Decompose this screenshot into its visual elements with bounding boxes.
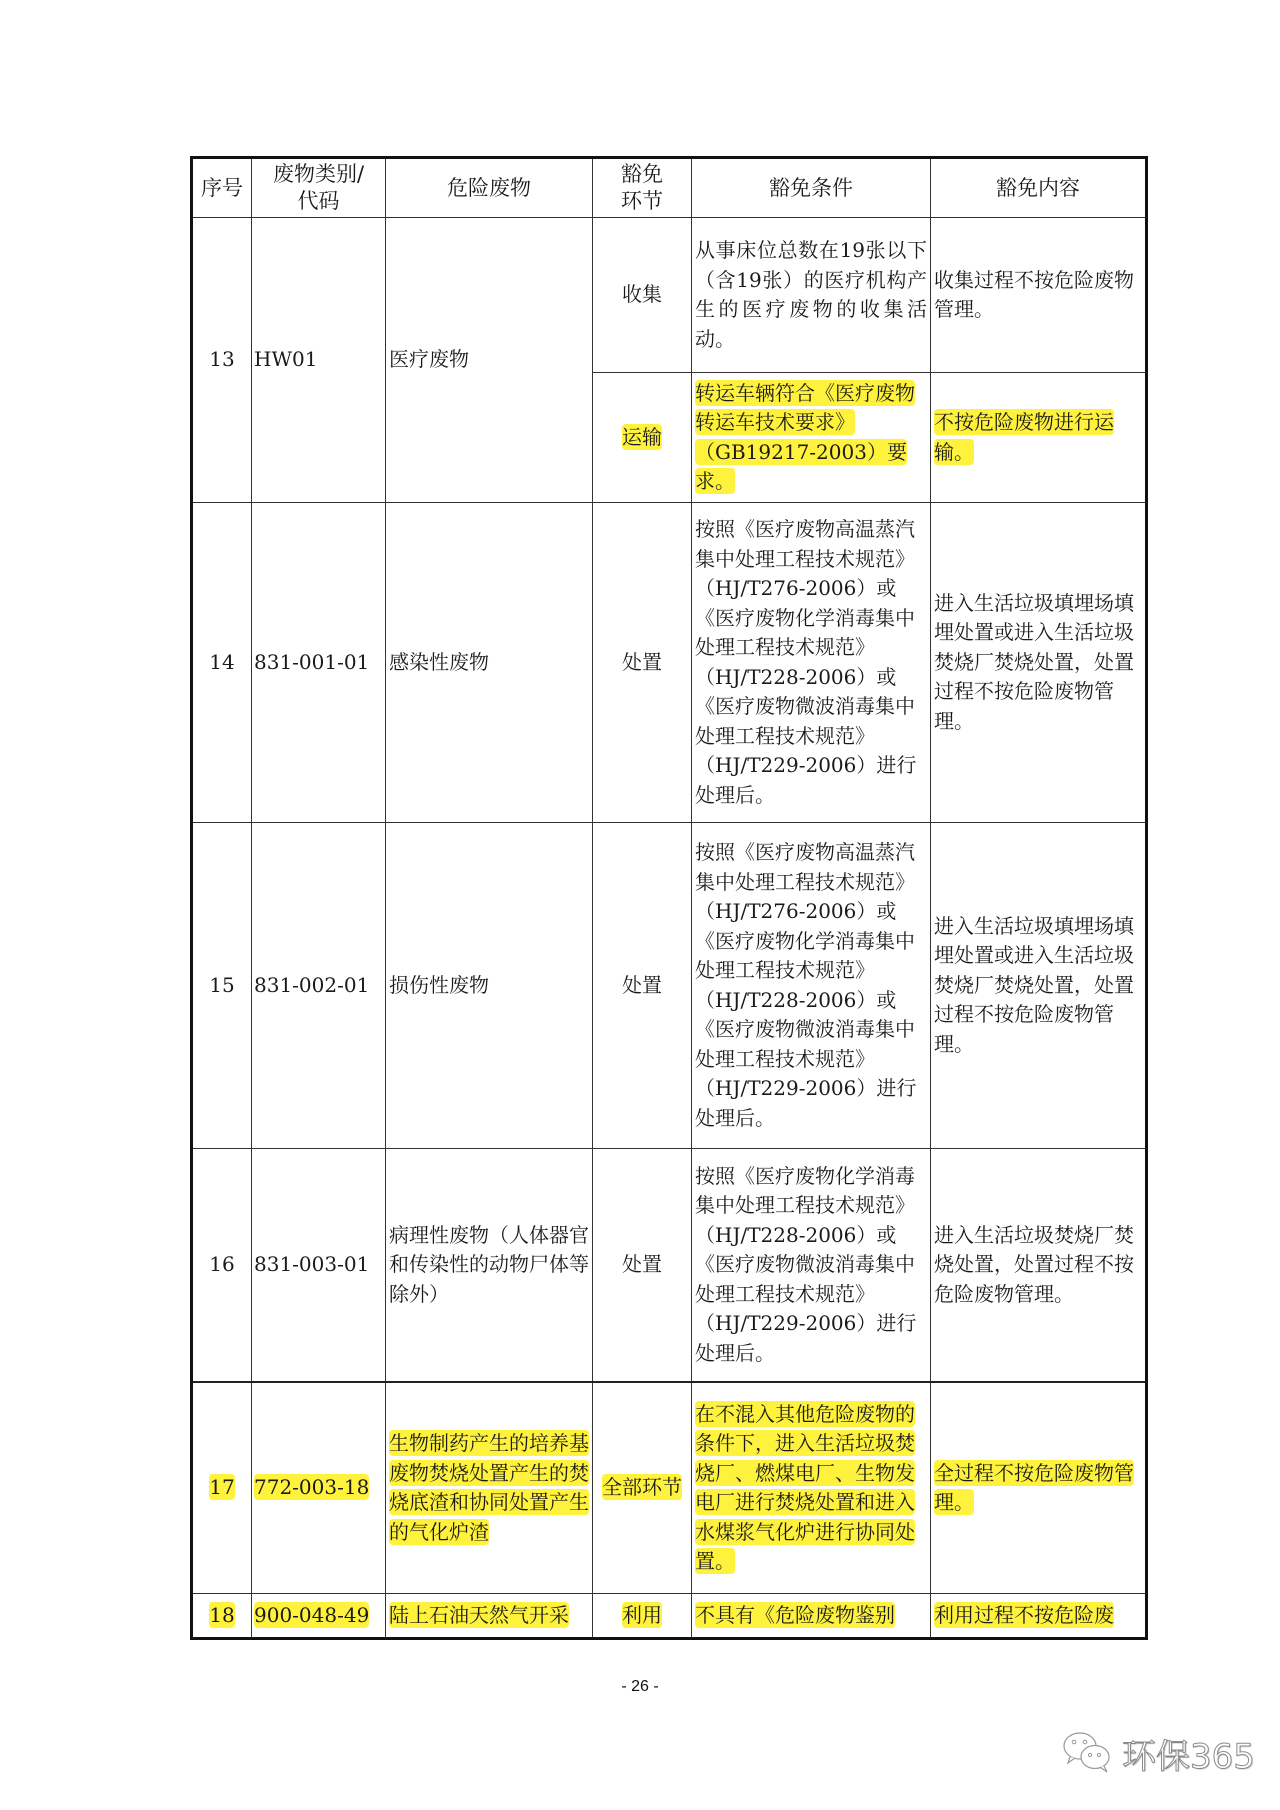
document-page: 序号 废物类别/代码 危险废物 豁免环节 豁免条件 豁免内容 13 HW01 医… xyxy=(0,0,1280,1810)
row14-code: 831-001-01 xyxy=(252,503,385,822)
row14-waste: 感染性废物 xyxy=(386,503,592,822)
condition-value: 转运车辆符合《医疗废物转运车技术要求》（GB19217-2003）要求。 xyxy=(695,380,915,495)
header-category-label: 废物类别/代码 xyxy=(269,161,369,215)
row16-condition: 按照《医疗废物化学消毒集中处理工程技术规范》（HJ/T228-2006）或《医疗… xyxy=(692,1149,930,1381)
waste-value: 陆上石油天然气开采 xyxy=(389,1602,569,1628)
header-category: 废物类别/代码 xyxy=(252,159,385,217)
stage-value: 处置 xyxy=(622,1250,662,1280)
exemption-table: 序号 废物类别/代码 危险废物 豁免环节 豁免条件 豁免内容 13 HW01 医… xyxy=(190,156,1148,1640)
row13b-condition: 转运车辆符合《医疗废物转运车技术要求》（GB19217-2003）要求。 xyxy=(692,373,930,502)
header-stage: 豁免环节 xyxy=(593,159,691,217)
row16-content: 进入生活垃圾焚烧厂焚烧处置，处置过程不按危险废物管理。 xyxy=(931,1149,1145,1381)
row15-seq: 15 xyxy=(193,823,251,1148)
code-value: 772-003-18 xyxy=(254,1474,369,1500)
row15-waste: 损伤性废物 xyxy=(386,823,592,1148)
waste-value: 损伤性废物 xyxy=(389,971,589,1001)
header-waste-label: 危险废物 xyxy=(447,175,531,202)
header-condition: 豁免条件 xyxy=(692,159,930,217)
stage-value: 收集 xyxy=(622,280,662,310)
stage-value: 全部环节 xyxy=(602,1474,682,1500)
row18-seq: 18 xyxy=(193,1594,251,1638)
content-value: 进入生活垃圾填埋场填埋处置或进入生活垃圾焚烧厂焚烧处置，处置过程不按危险废物管理… xyxy=(934,589,1142,737)
condition-value: 按照《医疗废物高温蒸汽集中处理工程技术规范》（HJ/T276-2006）或《医疗… xyxy=(695,838,927,1133)
content-value: 不按危险废物进行运输。 xyxy=(934,409,1114,465)
seq-value: 17 xyxy=(209,1474,234,1500)
condition-value: 按照《医疗废物高温蒸汽集中处理工程技术规范》（HJ/T276-2006）或《医疗… xyxy=(695,515,927,810)
row14-seq: 14 xyxy=(193,503,251,822)
row18-waste: 陆上石油天然气开采 xyxy=(386,1594,592,1638)
waste-value: 生物制药产生的培养基废物焚烧处置产生的焚烧底渣和协同处置产生的气化炉渣 xyxy=(389,1430,589,1545)
row13a-content: 收集过程不按危险废物管理。 xyxy=(931,218,1145,372)
row17-seq: 17 xyxy=(193,1383,251,1593)
row17-code: 772-003-18 xyxy=(252,1383,385,1593)
row18-code: 900-048-49 xyxy=(252,1594,385,1638)
waste-value: 病理性废物（人体器官和传染性的动物尸体等除外） xyxy=(389,1221,589,1310)
row17-waste: 生物制药产生的培养基废物焚烧处置产生的焚烧底渣和协同处置产生的气化炉渣 xyxy=(386,1383,592,1593)
row13b-content: 不按危险废物进行运输。 xyxy=(931,373,1145,502)
waste-value: 感染性废物 xyxy=(389,648,589,678)
code-value: HW01 xyxy=(254,345,382,375)
row13-code: HW01 xyxy=(252,218,385,502)
row16-waste: 病理性废物（人体器官和传染性的动物尸体等除外） xyxy=(386,1149,592,1381)
row15-code: 831-002-01 xyxy=(252,823,385,1148)
row13-waste: 医疗废物 xyxy=(386,218,592,502)
row13b-stage: 运输 xyxy=(593,373,691,502)
content-value: 收集过程不按危险废物管理。 xyxy=(934,266,1142,325)
header-waste: 危险废物 xyxy=(386,159,592,217)
content-value: 利用过程不按危险废 xyxy=(934,1602,1114,1628)
row14-content: 进入生活垃圾填埋场填埋处置或进入生活垃圾焚烧厂焚烧处置，处置过程不按危险废物管理… xyxy=(931,503,1145,822)
row18-condition: 不具有《危险废物鉴别 xyxy=(692,1594,930,1638)
row15-stage: 处置 xyxy=(593,823,691,1148)
condition-value: 按照《医疗废物化学消毒集中处理工程技术规范》（HJ/T228-2006）或《医疗… xyxy=(695,1162,927,1369)
row13a-condition: 从事床位总数在19张以下（含19张）的医疗机构产生的医疗废物的收集活动。 xyxy=(692,218,930,372)
row16-seq: 16 xyxy=(193,1149,251,1381)
watermark: 环保365 xyxy=(1062,1727,1255,1779)
seq-value: 14 xyxy=(209,648,234,678)
seq-value: 13 xyxy=(209,345,234,375)
header-content: 豁免内容 xyxy=(931,159,1145,217)
row17-condition: 在不混入其他危险废物的条件下，进入生活垃圾焚烧厂、燃煤电厂、生物发电厂进行焚烧处… xyxy=(692,1383,930,1593)
row15-condition: 按照《医疗废物高温蒸汽集中处理工程技术规范》（HJ/T276-2006）或《医疗… xyxy=(692,823,930,1148)
code-value: 900-048-49 xyxy=(254,1602,369,1628)
row17-stage: 全部环节 xyxy=(593,1383,691,1593)
header-condition-label: 豁免条件 xyxy=(769,175,853,202)
condition-value: 不具有《危险废物鉴别 xyxy=(695,1602,895,1628)
seq-value: 15 xyxy=(209,971,234,1001)
content-value: 进入生活垃圾填埋场填埋处置或进入生活垃圾焚烧厂焚烧处置，处置过程不按危险废物管理… xyxy=(934,912,1142,1060)
header-seq: 序号 xyxy=(193,159,251,217)
code-value: 831-002-01 xyxy=(254,971,382,1001)
row15-content: 进入生活垃圾填埋场填埋处置或进入生活垃圾焚烧厂焚烧处置，处置过程不按危险废物管理… xyxy=(931,823,1145,1148)
waste-value: 医疗废物 xyxy=(389,345,589,375)
row13a-stage: 收集 xyxy=(593,218,691,372)
condition-value: 从事床位总数在19张以下（含19张）的医疗机构产生的医疗废物的收集活动。 xyxy=(695,236,927,354)
stage-value: 利用 xyxy=(622,1602,662,1628)
row14-stage: 处置 xyxy=(593,503,691,822)
row17-content: 全过程不按危险废物管理。 xyxy=(931,1383,1145,1593)
row16-code: 831-003-01 xyxy=(252,1149,385,1381)
stage-value: 运输 xyxy=(622,424,662,450)
row18-stage: 利用 xyxy=(593,1594,691,1638)
content-value: 进入生活垃圾焚烧厂焚烧处置，处置过程不按危险废物管理。 xyxy=(934,1221,1142,1310)
header-stage-label: 豁免环节 xyxy=(619,161,665,215)
header-seq-label: 序号 xyxy=(201,175,243,202)
page-number: - 26 - xyxy=(590,1678,690,1696)
row13-seq: 13 xyxy=(193,218,251,502)
row14-condition: 按照《医疗废物高温蒸汽集中处理工程技术规范》（HJ/T276-2006）或《医疗… xyxy=(692,503,930,822)
content-value: 全过程不按危险废物管理。 xyxy=(934,1460,1134,1516)
header-content-label: 豁免内容 xyxy=(996,175,1080,202)
stage-value: 处置 xyxy=(622,971,662,1001)
watermark-text: 环保365 xyxy=(1122,1729,1255,1778)
seq-value: 18 xyxy=(209,1602,234,1628)
seq-value: 16 xyxy=(209,1250,234,1280)
row16-stage: 处置 xyxy=(593,1149,691,1381)
code-value: 831-003-01 xyxy=(254,1250,382,1280)
wechat-icon xyxy=(1062,1730,1114,1776)
condition-value: 在不混入其他危险废物的条件下，进入生活垃圾焚烧厂、燃煤电厂、生物发电厂进行焚烧处… xyxy=(695,1401,915,1575)
code-value: 831-001-01 xyxy=(254,648,382,678)
stage-value: 处置 xyxy=(622,648,662,678)
row18-content: 利用过程不按危险废 xyxy=(931,1594,1145,1638)
